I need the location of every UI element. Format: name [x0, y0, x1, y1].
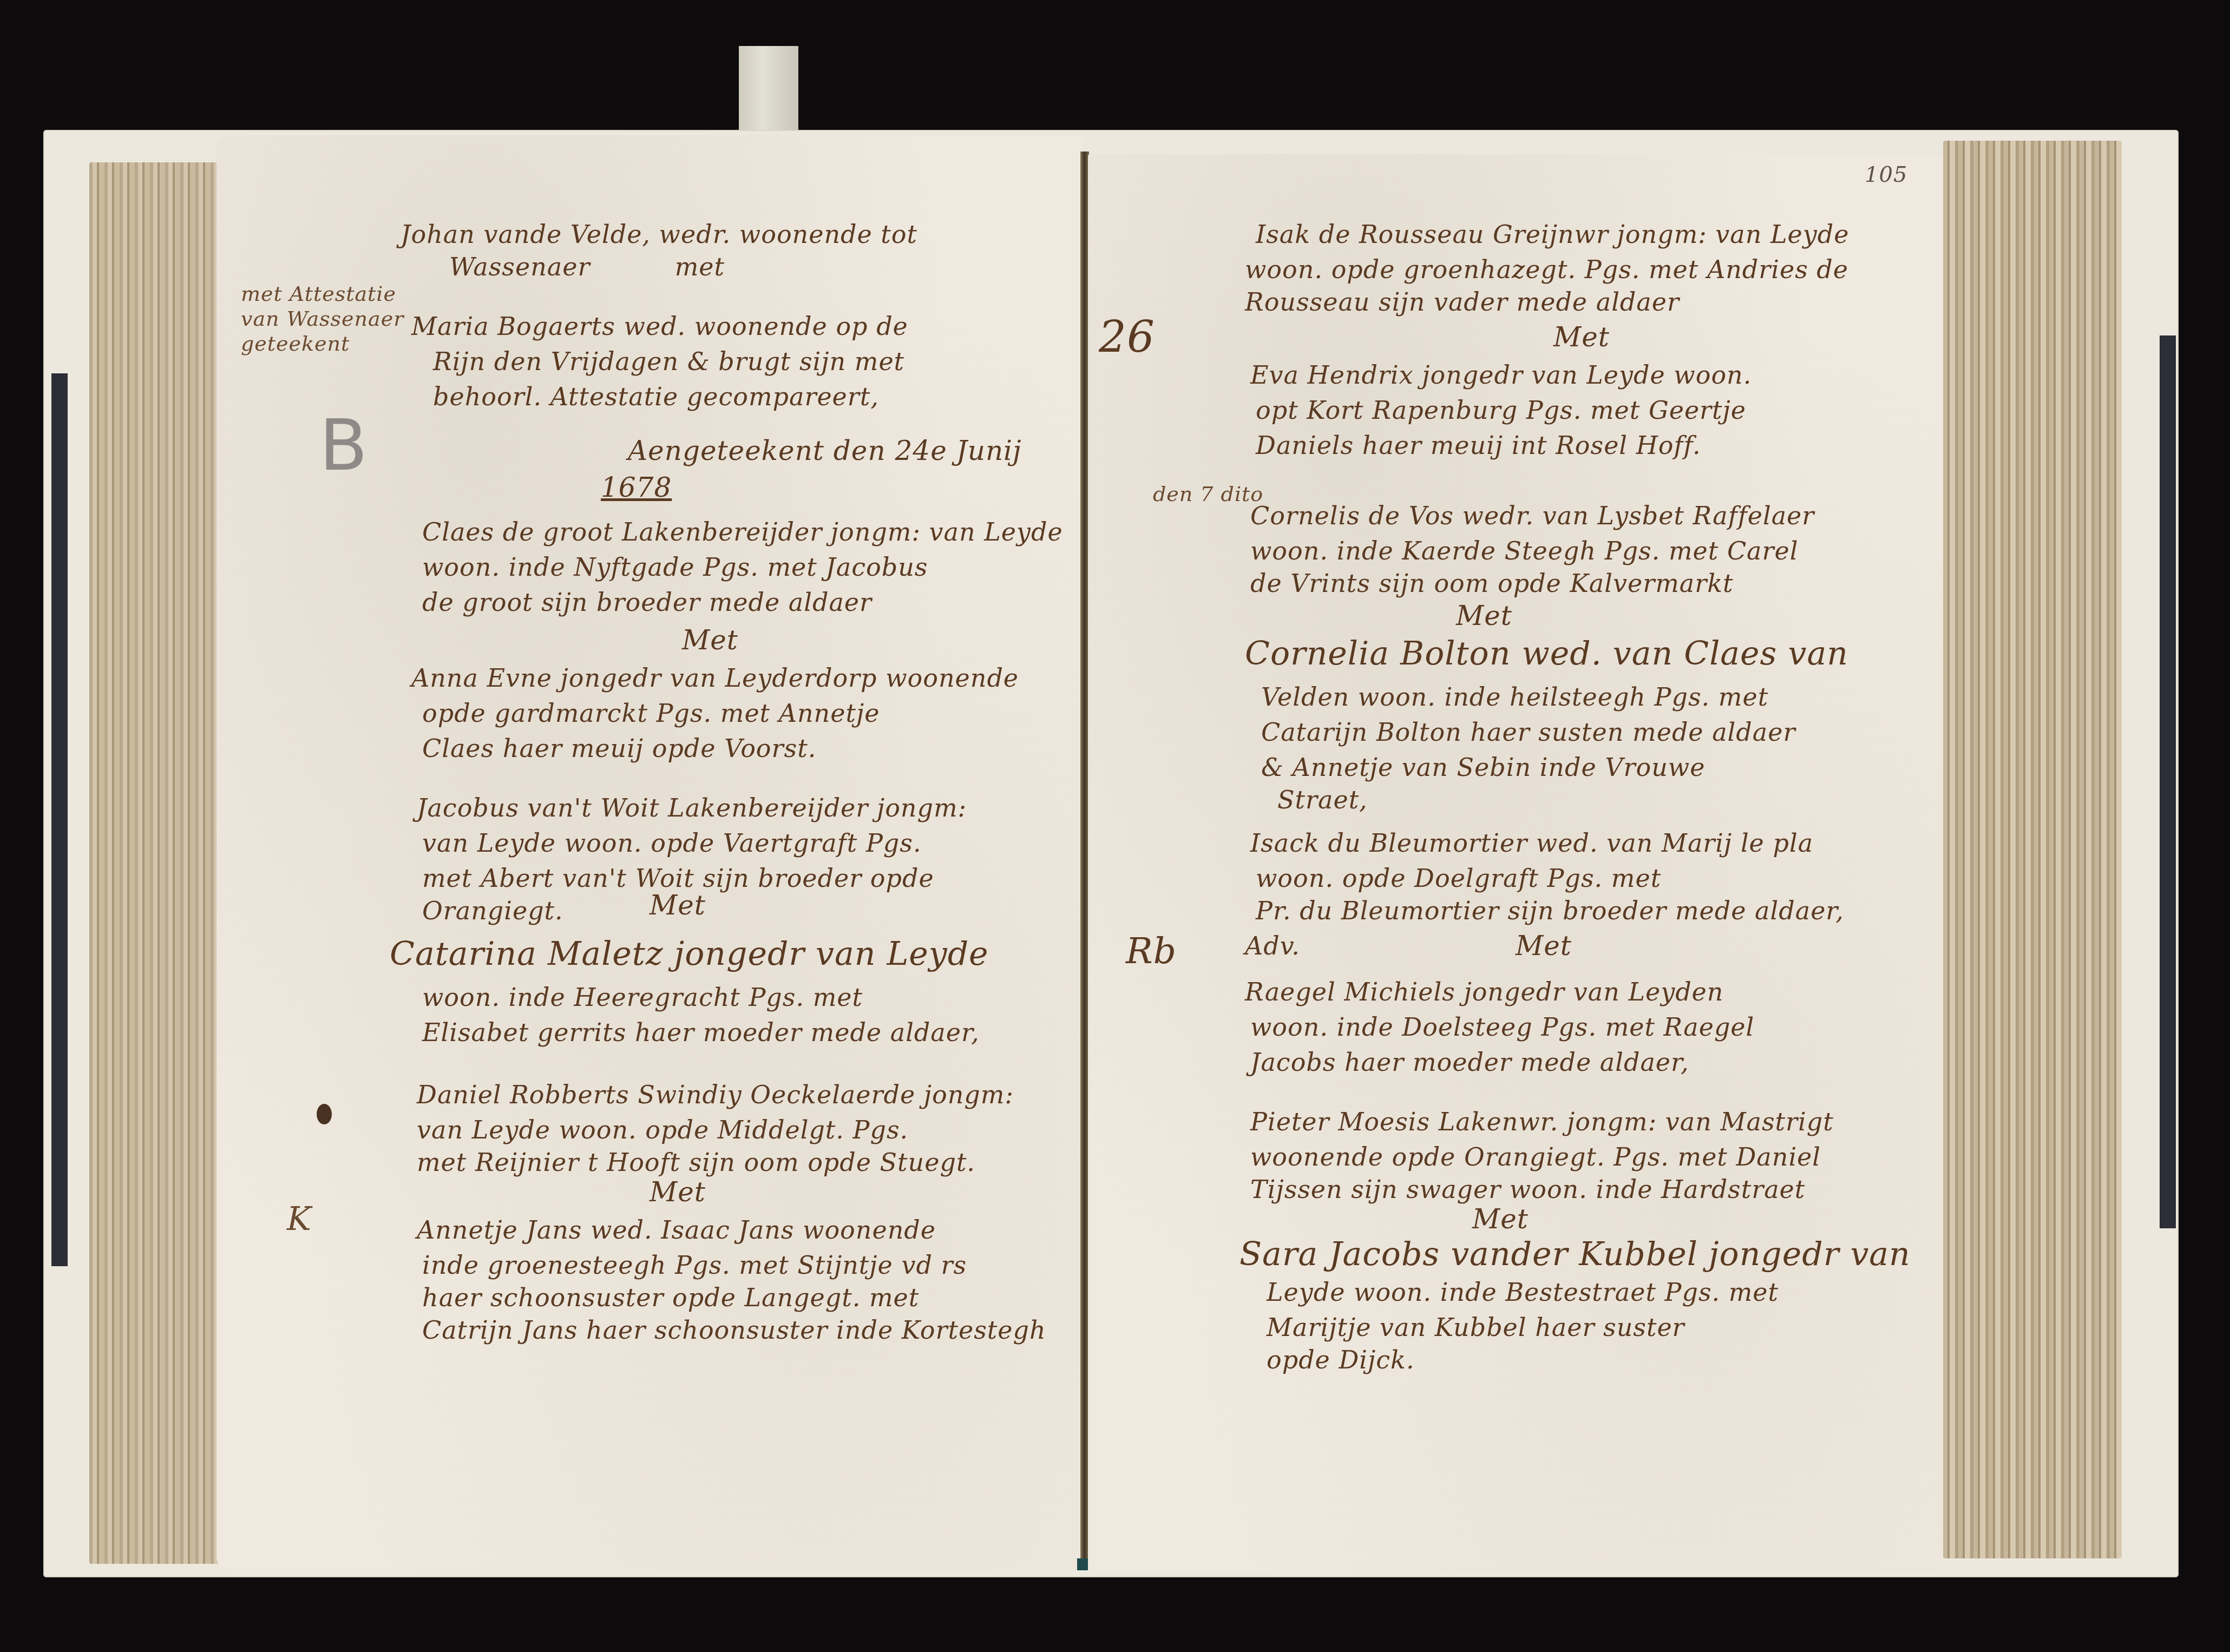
entry-left-5-line-1: Jacobus van't Woit Lakenbereijder jongm:: [417, 790, 967, 826]
entry-left-2-line-1: Maria Bogaerts wed. woonende op de: [411, 308, 908, 344]
entry-left-2-line-3: behoorl. Attestatie gecompareert,: [433, 379, 879, 414]
entry-left-4-line-2: opde gardmarckt Pgs. met Annetje: [422, 695, 880, 731]
entry-right-4-line-4: & Annetje van Sebin inde Vrouwe: [1261, 749, 1705, 785]
entry-right-6-line-2: woon. inde Doelsteeg Pgs. met Raegel: [1250, 1009, 1754, 1045]
entry-left-1-line-1: Johan vande Velde, wedr. woonende tot: [401, 216, 917, 252]
entry-right-7-line-1: Pieter Moesis Lakenwr. jongm: van Mastri…: [1250, 1104, 1834, 1140]
entry-right-1-line-1: Isak de Rousseau Greijnwr jongm: van Ley…: [1256, 216, 1849, 252]
entry-left-8-line-2: inde groenesteegh Pgs. met Stijntje vd r…: [422, 1247, 967, 1283]
entry-right-5-line-4: Adv.: [1245, 928, 1300, 964]
entry-right-2-line-2: opt Kort Rapenburg Pgs. met Geertje: [1256, 392, 1746, 428]
folio-number: 105: [1865, 157, 1907, 193]
connector-met: Met: [682, 622, 738, 658]
entry-left-3-line-2: woon. inde Nyftgade Pgs. met Jacobus: [422, 549, 928, 585]
entry-left-4-line-1: Anna Evne jongedr van Leyderdorp woonend…: [411, 660, 1019, 696]
margin-note-rb: Rb: [1126, 933, 1177, 969]
margin-note-k: K: [287, 1207, 312, 1232]
entry-left-8-line-1: Annetje Jans wed. Isaac Jans woonende: [417, 1212, 936, 1248]
entry-left-3-line-3: de groot sijn broeder mede aldaer: [422, 584, 872, 620]
entry-right-3-line-2: woon. inde Kaerde Steegh Pgs. met Carel: [1250, 533, 1798, 569]
entry-right-5-line-2: woon. opde Doelgraft Pgs. met: [1256, 860, 1661, 896]
entry-left-3-line-1: Claes de groot Lakenbereijder jongm: van…: [422, 514, 1063, 550]
entry-right-8-line-1: Sara Jacobs vander Kubbel jongedr van: [1239, 1236, 1911, 1272]
entry-right-2-line-1: Eva Hendrix jongedr van Leyde woon.: [1250, 357, 1752, 393]
date-year: 1678: [601, 470, 672, 505]
date-heading: Aengeteekent den 24e Junij: [628, 433, 1022, 469]
connector-met: Met: [1516, 928, 1572, 964]
entry-left-2-line-2: Rijn den Vrijdagen & brugt sijn met: [433, 344, 904, 379]
entry-right-3-line-1: Cornelis de Vos wedr. van Lysbet Raffela…: [1250, 498, 1814, 534]
entry-right-6-line-3: Jacobs haer moeder mede aldaer,: [1250, 1044, 1689, 1080]
margin-note-26: 26: [1099, 319, 1155, 355]
entry-right-4-line-2: Velden woon. inde heilsteegh Pgs. met: [1261, 679, 1768, 715]
entry-right-1-line-2: woon. opde groenhazegt. Pgs. met Andries…: [1245, 252, 1848, 287]
connector-met: Met: [1553, 319, 1610, 355]
entry-right-8-line-3: Marijtje van Kubbel haer suster: [1267, 1309, 1685, 1345]
entry-left-6-line-3: Elisabet gerrits haer moeder mede aldaer…: [422, 1015, 980, 1050]
entry-left-8-line-4: Catrijn Jans haer schoonsuster inde Kort…: [422, 1312, 1046, 1348]
page-edges-left: [89, 162, 225, 1564]
connector-met: Met: [1456, 598, 1512, 634]
entry-right-6-line-1: Raegel Michiels jongedr van Leyden: [1245, 974, 1723, 1010]
pencil-mark: B: [319, 427, 368, 463]
entry-left-7-line-1: Daniel Robberts Swindiy Oeckelaerde jong…: [417, 1077, 1014, 1113]
entry-left-6-line-1: Catarina Maletz jongedr van Leyde: [390, 936, 989, 972]
margin-note-attestatie: met Attestatie van Wassenaer geteekent: [241, 281, 404, 356]
cover-spine-left: [51, 373, 68, 1266]
entry-left-1-line-2: Wassenaer met: [449, 249, 725, 285]
entry-right-8-line-4: opde Dijck.: [1267, 1342, 1415, 1378]
entry-left-4-line-3: Claes haer meuij opde Voorst.: [422, 730, 816, 766]
connector-met: Met: [1472, 1201, 1529, 1237]
entry-right-8-line-2: Leyde woon. inde Bestestraet Pgs. met: [1267, 1274, 1779, 1310]
page-edges-right: [1943, 141, 2122, 1558]
entry-right-2-line-3: Daniels haer meuij int Rosel Hoff.: [1256, 427, 1701, 463]
entry-right-3-line-3: de Vrints sijn oom opde Kalvermarkt: [1250, 565, 1734, 601]
entry-left-8-line-3: haer schoonsuster opde Langegt. met: [422, 1280, 919, 1315]
entry-right-5-line-1: Isack du Bleumortier wed. van Marij le p…: [1250, 825, 1813, 861]
connector-met: Met: [650, 1174, 706, 1210]
ink-blot: [317, 1104, 332, 1124]
cover-spine-right: [2160, 335, 2176, 1228]
entry-left-7-line-2: van Leyde woon. opde Middelgt. Pgs.: [417, 1112, 908, 1148]
margin-note-date: den 7 dito: [1153, 482, 1263, 506]
entry-right-7-line-2: woonende opde Orangiegt. Pgs. met Daniel: [1250, 1139, 1821, 1175]
connector-met: Met: [650, 887, 706, 923]
entry-right-4-line-3: Catarijn Bolton haer susten mede aldaer: [1261, 714, 1795, 750]
entry-left-5-line-2: van Leyde woon. opde Vaertgraft Pgs.: [422, 825, 922, 861]
entry-right-4-line-1: Cornelia Bolton wed. van Claes van: [1245, 636, 1848, 672]
entry-right-1-line-3: Rousseau sijn vader mede aldaer: [1245, 284, 1680, 320]
entry-left-5-line-4: Orangiegt.: [422, 893, 563, 929]
entry-right-4-line-5: Straet,: [1277, 782, 1368, 818]
entry-right-5-line-3: Pr. du Bleumortier sijn broeder mede ald…: [1256, 893, 1844, 929]
entry-left-6-line-2: woon. inde Heeregracht Pgs. met: [422, 979, 863, 1015]
